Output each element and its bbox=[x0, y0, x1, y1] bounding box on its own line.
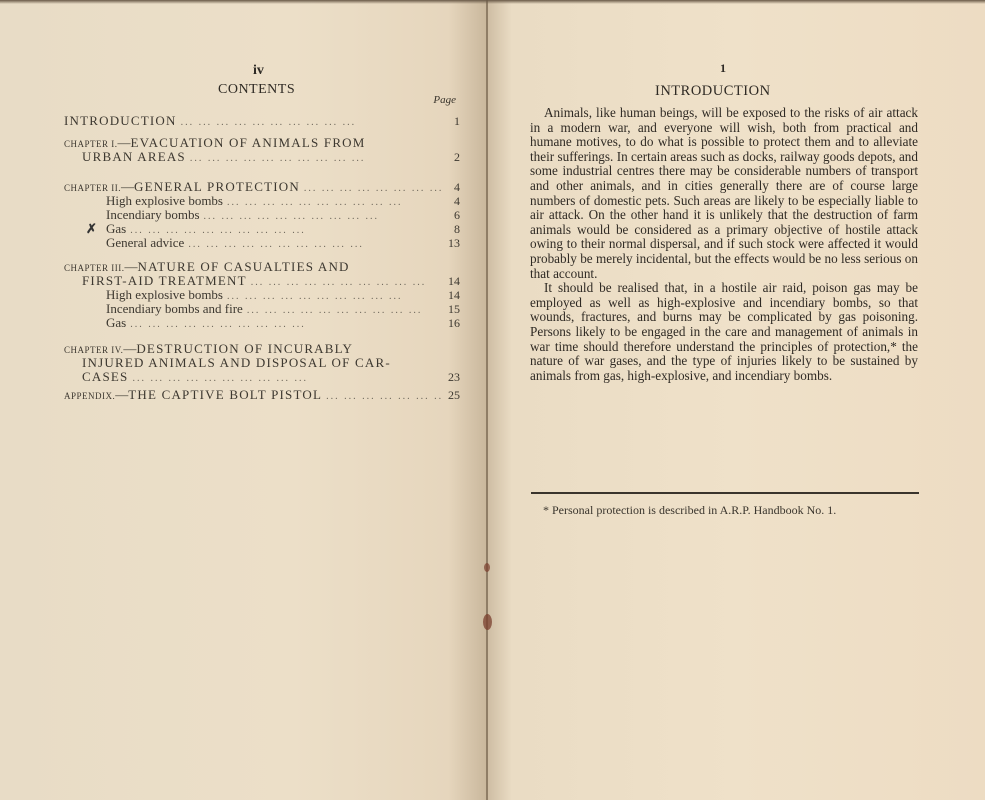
toc-line: Incendiary bombs... ... ... ... ... ... … bbox=[64, 208, 460, 222]
toc-page-number: 15 bbox=[442, 302, 460, 316]
toc-page-number: 2 bbox=[442, 150, 460, 164]
leader-dots: ... ... ... ... ... ... ... ... ... ... bbox=[128, 372, 442, 386]
toc-label: FIRST-AID TREATMENT bbox=[82, 274, 247, 288]
leader-dots: ... ... ... ... ... ... ... ... ... ... bbox=[223, 196, 442, 210]
toc-line: ✗Gas... ... ... ... ... ... ... ... ... … bbox=[64, 222, 460, 236]
left-folio: iv bbox=[253, 63, 264, 79]
toc-line: Chapter II.—GENERAL PROTECTION... ... ..… bbox=[64, 180, 460, 194]
toc-line: High explosive bombs... ... ... ... ... … bbox=[64, 288, 460, 302]
toc-line: URBAN AREAS... ... ... ... ... ... ... .… bbox=[64, 150, 460, 164]
footnote: * Personal protection is described in A.… bbox=[531, 503, 919, 518]
leader-dots: ... ... ... ... ... ... ... ... ... ... bbox=[322, 390, 442, 404]
toc-label: Appendix.—THE CAPTIVE BOLT PISTOL bbox=[64, 388, 322, 403]
toc-line: Chapter III.—NATURE OF CASUALTIES AND bbox=[64, 260, 460, 274]
toc-label: INTRODUCTION bbox=[64, 114, 177, 128]
toc-label: Gas bbox=[106, 316, 126, 330]
toc-label: High explosive bombs bbox=[106, 194, 223, 208]
toc-label: Incendiary bombs and fire bbox=[106, 302, 243, 316]
toc-line: FIRST-AID TREATMENT... ... ... ... ... .… bbox=[64, 274, 460, 288]
handwritten-x-mark: ✗ bbox=[86, 222, 97, 236]
leader-dots: ... ... ... ... ... ... ... ... ... ... bbox=[126, 318, 442, 332]
toc-page-number: 14 bbox=[442, 288, 460, 302]
introduction-heading: INTRODUCTION bbox=[655, 83, 771, 100]
toc-line: CASES... ... ... ... ... ... ... ... ...… bbox=[64, 370, 460, 384]
toc-page-number: 4 bbox=[442, 180, 460, 194]
toc-page-number: 14 bbox=[442, 274, 460, 288]
toc-line: INTRODUCTION... ... ... ... ... ... ... … bbox=[64, 114, 460, 128]
toc-entry: INTRODUCTION... ... ... ... ... ... ... … bbox=[64, 114, 460, 128]
toc-label: Incendiary bombs bbox=[106, 208, 200, 222]
leader-dots: ... ... ... ... ... ... ... ... ... ... bbox=[184, 238, 442, 252]
introduction-body: Animals, like human beings, will be expo… bbox=[530, 106, 918, 383]
gutter-stain bbox=[483, 614, 492, 630]
toc-label: High explosive bombs bbox=[106, 288, 223, 302]
toc-line: High explosive bombs... ... ... ... ... … bbox=[64, 194, 460, 208]
toc-entry: Chapter III.—NATURE OF CASUALTIES ANDFIR… bbox=[64, 260, 460, 330]
toc-line: Chapter I.—EVACUATION OF ANIMALS FROM bbox=[64, 136, 460, 150]
leader-dots: ... ... ... ... ... ... ... ... ... ... bbox=[243, 304, 442, 318]
page-column-label: Page bbox=[433, 94, 456, 106]
gutter-stain bbox=[484, 563, 490, 572]
right-folio: 1 bbox=[720, 61, 726, 76]
contents-heading: CONTENTS bbox=[218, 82, 295, 98]
toc-page-number: 23 bbox=[442, 370, 460, 384]
footnote-text: * Personal protection is described in A.… bbox=[531, 503, 919, 518]
toc-entry: Chapter IV.—DESTRUCTION OF INCURABLYINJU… bbox=[64, 342, 460, 384]
toc-line: Appendix.—THE CAPTIVE BOLT PISTOL... ...… bbox=[64, 388, 460, 402]
toc-line: General advice... ... ... ... ... ... ..… bbox=[64, 236, 460, 250]
toc-entry: Chapter I.—EVACUATION OF ANIMALS FROMURB… bbox=[64, 136, 460, 164]
toc-label: URBAN AREAS bbox=[82, 150, 186, 164]
top-edge-shadow bbox=[0, 0, 985, 4]
book-gutter bbox=[486, 0, 488, 800]
book-spread: iv CONTENTS Page INTRODUCTION... ... ...… bbox=[0, 0, 985, 800]
leader-dots: ... ... ... ... ... ... ... ... ... ... bbox=[223, 290, 442, 304]
toc-label: General advice bbox=[106, 236, 184, 250]
toc-label: INJURED ANIMALS AND DISPOSAL OF CAR- bbox=[82, 356, 391, 370]
toc-label: CASES bbox=[82, 370, 128, 384]
leader-dots: ... ... ... ... ... ... ... ... ... ... bbox=[247, 276, 442, 290]
toc-line: Gas... ... ... ... ... ... ... ... ... .… bbox=[64, 316, 460, 330]
toc-entry: Appendix.—THE CAPTIVE BOLT PISTOL... ...… bbox=[64, 388, 460, 402]
footnote-rule bbox=[531, 492, 919, 494]
toc-page-number: 1 bbox=[442, 114, 460, 128]
leader-dots: ... ... ... ... ... ... ... ... ... ... bbox=[186, 152, 442, 166]
toc-page-number: 8 bbox=[442, 222, 460, 236]
paragraph: Animals, like human beings, will be expo… bbox=[530, 106, 918, 281]
leader-dots: ... ... ... ... ... ... ... ... ... ... bbox=[126, 224, 442, 238]
toc-line: INJURED ANIMALS AND DISPOSAL OF CAR- bbox=[64, 356, 460, 370]
leader-dots: ... ... ... ... ... ... ... ... ... ... bbox=[177, 116, 442, 130]
toc-page-number: 16 bbox=[442, 316, 460, 330]
toc-page-number: 6 bbox=[442, 208, 460, 222]
paragraph: It should be realised that, in a hostile… bbox=[530, 281, 918, 383]
toc-label: Gas bbox=[106, 222, 126, 236]
leader-dots: ... ... ... ... ... ... ... ... ... ... bbox=[300, 182, 442, 196]
toc-page-number: 4 bbox=[442, 194, 460, 208]
toc-page-number: 13 bbox=[442, 236, 460, 250]
toc-line: Incendiary bombs and fire... ... ... ...… bbox=[64, 302, 460, 316]
toc-page-number: 25 bbox=[442, 388, 460, 402]
toc-line: Chapter IV.—DESTRUCTION OF INCURABLY bbox=[64, 342, 460, 356]
toc-entry: Chapter II.—GENERAL PROTECTION... ... ..… bbox=[64, 180, 460, 250]
